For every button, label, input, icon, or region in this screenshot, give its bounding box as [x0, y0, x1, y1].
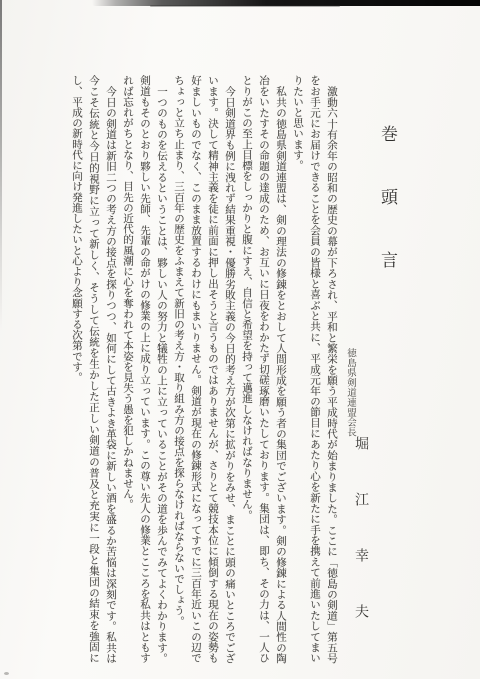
body-paragraph-2: 私共の徳島県剣道連盟は、剣の理法の修錬をとおして人間形成を願う者の集団でございま…: [238, 75, 289, 663]
scan-artifact-top-shadow: [150, 5, 340, 7]
scan-artifact-left-edge: [0, 0, 2, 330]
document-body: 激動六十有余年の昭和の歴史の幕が下ろされ、平和と繁栄を願う平成時代が始まりました…: [68, 75, 340, 663]
body-paragraph-5: 今日の剣道は新旧二つの考え方の接点を探りつつ、如何にして古きよき革袋に新しい酒を…: [68, 75, 119, 663]
scanned-document-page: 巻頭言 徳島県剣道連盟会長 堀江幸夫 激動六十有余年の昭和の歴史の幕が下ろされ、…: [0, 0, 480, 679]
body-paragraph-1: 激動六十有余年の昭和の歴史の幕が下ろされ、平和と繁栄を願う平成時代が始まりました…: [289, 75, 340, 663]
page-title: 巻頭言: [375, 125, 400, 314]
author-name: 堀江幸夫: [350, 436, 370, 660]
body-paragraph-3: 今日剣道界も例に洩れず結果重視・優勝劣敗主義の今日的考え方が次第に拡がりをみせ、…: [170, 75, 238, 663]
author-role: 徳島県剣道連盟会長: [343, 348, 357, 437]
scan-artifact-speck: [4, 672, 9, 675]
body-paragraph-4: 一つのものを伝えるということは、夥しい人の努力と犠牲の上に立っていることがその道…: [119, 75, 170, 663]
